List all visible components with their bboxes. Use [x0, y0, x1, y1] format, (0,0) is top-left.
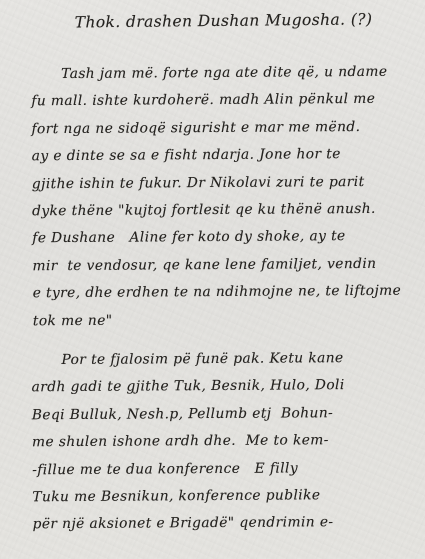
document-title: Thok. drashen Dushan Mugosha. (?): [14, 6, 413, 32]
handwritten-line: Tash jam më. forte nga ate dite që, u nd…: [13, 59, 412, 89]
handwritten-line: me shulen ishone ardh dhe. Me to kem-: [14, 427, 413, 457]
paragraph-2: Por te fjalosim pë funë pak. Ketu kane a…: [13, 345, 413, 540]
handwritten-line: ardh gadi te gjithe Tuk, Besnik, Hulo, D…: [14, 372, 413, 402]
handwritten-line: fu mall. ishte kurdoherë. madh Alin pënk…: [13, 86, 412, 116]
handwritten-line: tok me ne": [15, 305, 414, 335]
handwritten-line: Por te fjalosim pë funë pak. Ketu kane: [13, 345, 412, 375]
handwritten-line: ay e dinte se sa e fisht ndarja. Jone ho…: [14, 141, 413, 171]
handwritten-line: fort nga ne sidoqë sigurisht e mar me më…: [13, 113, 412, 143]
handwritten-line: për një aksionet e Brigadë" qendrimin e-: [14, 509, 413, 539]
handwritten-line: gjithe ishin te fukur. Dr Nikolavi zuri …: [14, 168, 413, 198]
handwritten-line: fe Dushane Aline fer koto dy shoke, ay t…: [14, 223, 413, 253]
handwritten-line: mir te vendosur, qe kane lene familjet, …: [14, 250, 413, 280]
paragraph-1: Tash jam më. forte nga ate dite që, u nd…: [13, 59, 414, 336]
handwritten-line: -fillue me te dua konference E filly: [14, 454, 413, 484]
handwritten-line: Tuku me Besnikun, konference publike: [14, 482, 413, 512]
handwritten-line: Beqi Bulluk, Nesh.p, Pellumb etj Bohun-: [14, 399, 413, 429]
handwritten-line: dyke thëne "kujtoj fortlesit qe ku thënë…: [14, 196, 413, 226]
handwritten-line: e tyre, dhe erdhen te na ndihmojne ne, t…: [15, 278, 414, 308]
scanned-page: Thok. drashen Dushan Mugosha. (?) Tash j…: [0, 0, 425, 559]
